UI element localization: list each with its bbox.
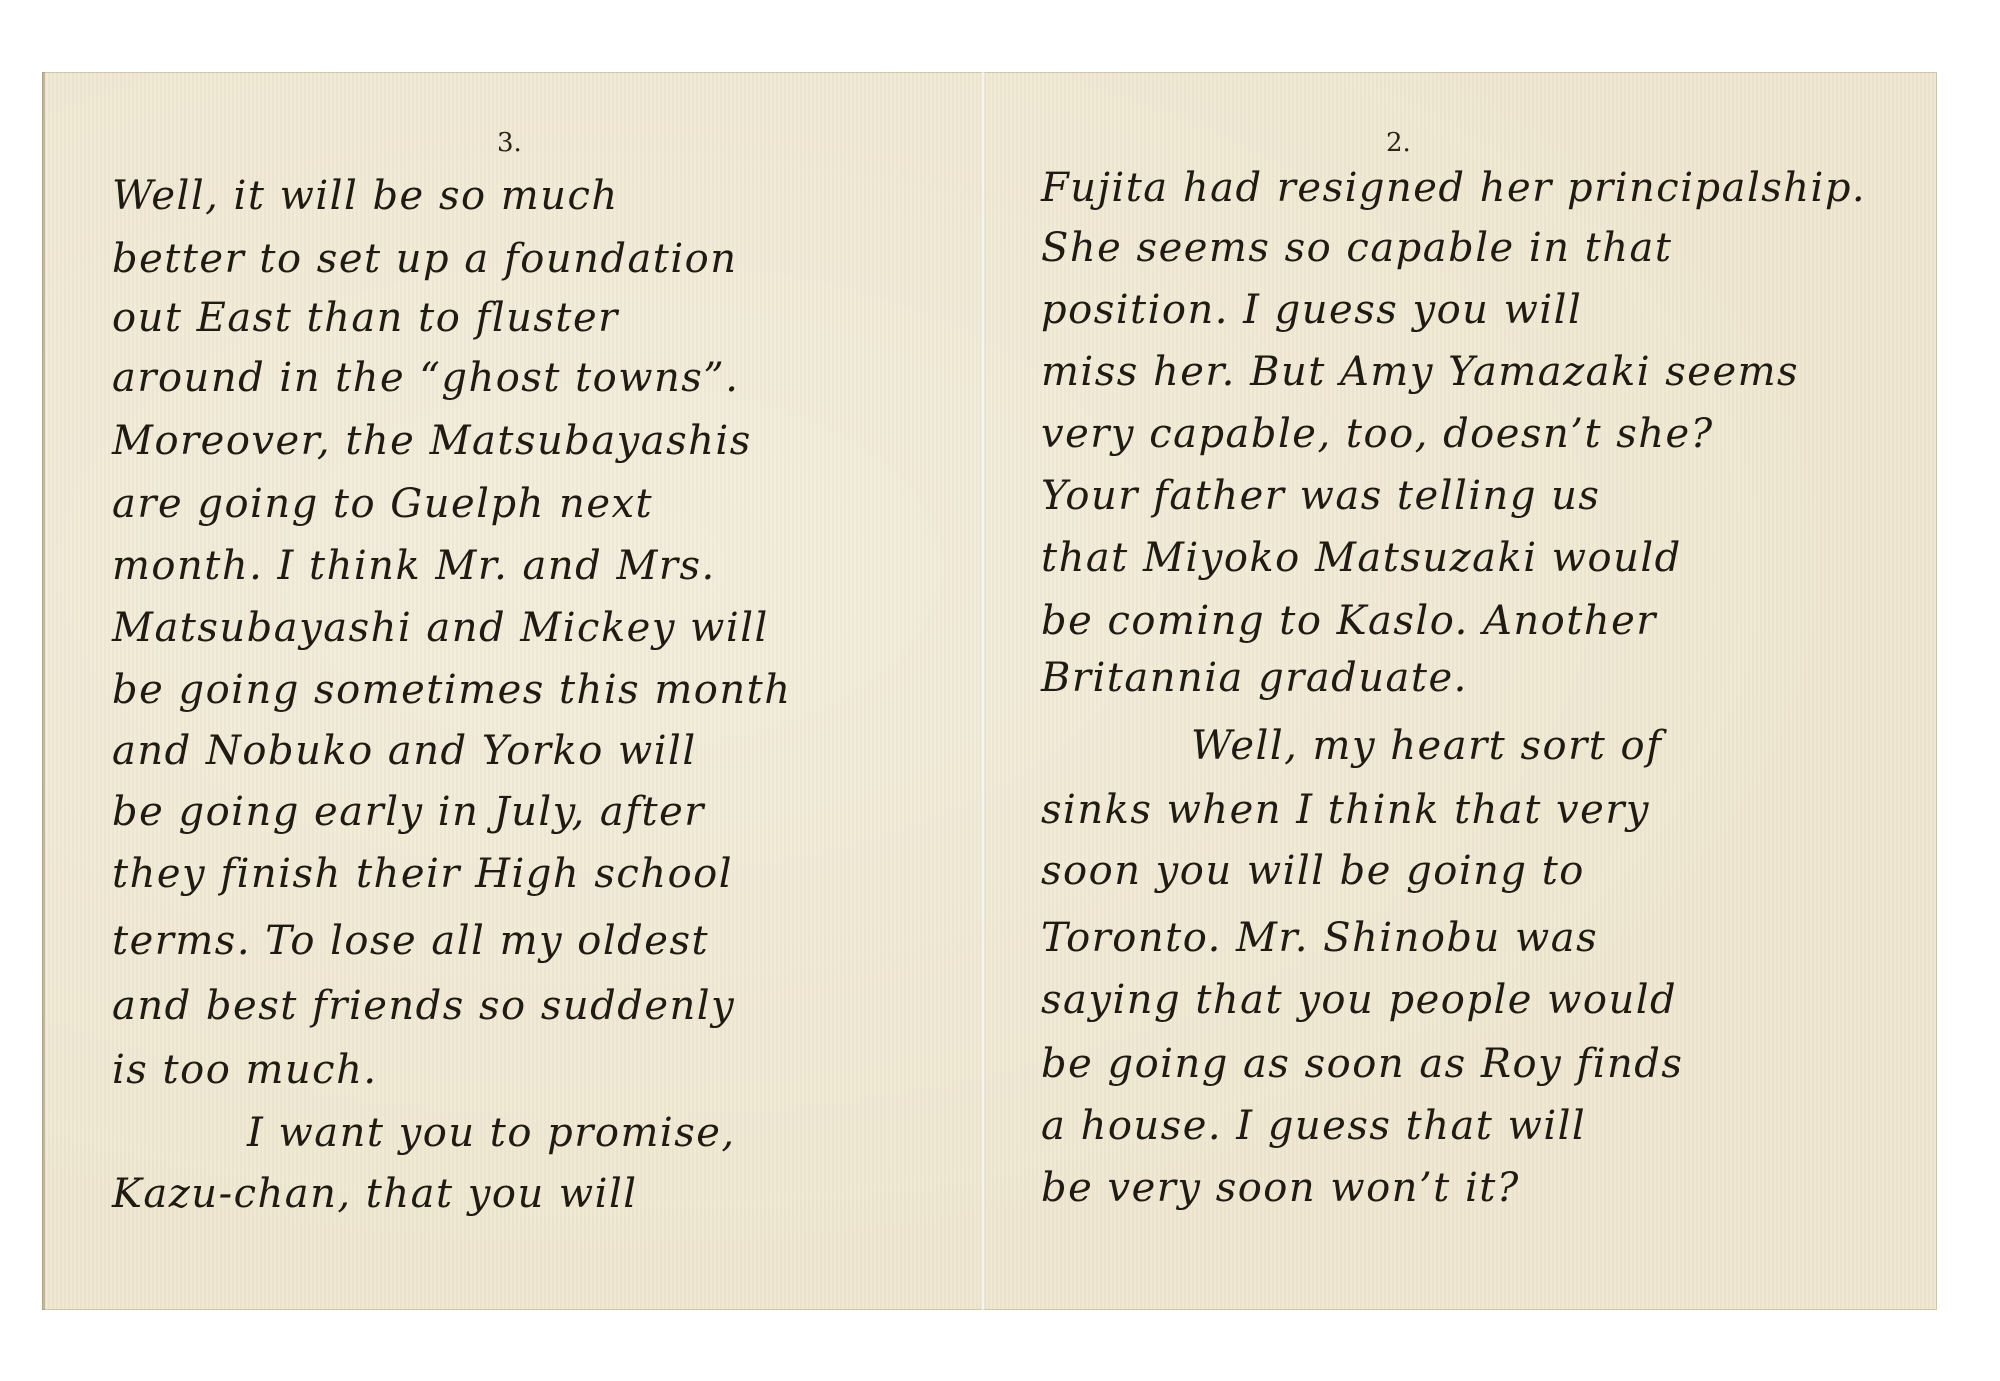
text-line: Toronto. Mr. Shinobu was — [1041, 914, 1598, 962]
text-line: Kazu-chan, that you will — [112, 1170, 638, 1218]
text-line: She seems so capable in that — [1041, 224, 1672, 272]
text-line: Matsubayashi and Mickey will — [112, 604, 769, 652]
text-line: Moreover, the Matsubayashis — [112, 417, 752, 465]
text-line: miss her. But Amy Yamazaki seems — [1041, 348, 1799, 396]
text-line: month. I think Mr. and Mrs. — [112, 542, 716, 590]
left-page: 3. Well, it will be so much better to se… — [42, 72, 980, 1310]
text-line: is too much. — [112, 1046, 378, 1094]
text-line: saying that you people would — [1041, 976, 1677, 1024]
text-line: Fujita had resigned her principalship. — [1041, 164, 1866, 212]
page-number: 2. — [1386, 128, 1411, 158]
text-line: be going sometimes this month — [112, 666, 791, 714]
letter-sheet: 3. Well, it will be so much better to se… — [42, 72, 1937, 1310]
text-line: I want you to promise, — [247, 1109, 736, 1157]
text-line: better to set up a foundation — [112, 235, 738, 283]
text-line: be very soon won’t it? — [1041, 1164, 1520, 1212]
text-line: be going as soon as Roy finds — [1041, 1040, 1683, 1088]
text-line: be coming to Kaslo. Another — [1041, 597, 1657, 645]
text-line: and Nobuko and Yorko will — [112, 727, 697, 775]
text-line: Well, it will be so much — [112, 172, 619, 220]
page-number: 3. — [497, 128, 522, 158]
text-line: they finish their High school — [112, 850, 733, 898]
text-line: and best friends so suddenly — [112, 982, 735, 1030]
text-line: terms. To lose all my oldest — [112, 917, 709, 965]
right-page: 2. Fujita had resigned her principalship… — [986, 72, 1937, 1310]
text-line: soon you will be going to — [1041, 847, 1585, 895]
text-line: very capable, too, doesn’t she? — [1041, 410, 1714, 458]
text-line: Well, my heart sort of — [1191, 722, 1662, 770]
text-line: around in the “ghost towns”. — [112, 354, 739, 402]
text-line: a house. I guess that will — [1041, 1102, 1586, 1150]
text-line: position. I guess you will — [1041, 286, 1582, 334]
text-line: are going to Guelph next — [112, 480, 653, 528]
text-line: sinks when I think that very — [1041, 786, 1650, 834]
text-line: out East than to fluster — [112, 294, 619, 342]
text-line: Your father was telling us — [1041, 472, 1600, 520]
text-line: that Miyoko Matsuzaki would — [1041, 534, 1682, 582]
text-line: be going early in July, after — [112, 788, 705, 836]
text-line: Britannia graduate. — [1041, 654, 1468, 702]
